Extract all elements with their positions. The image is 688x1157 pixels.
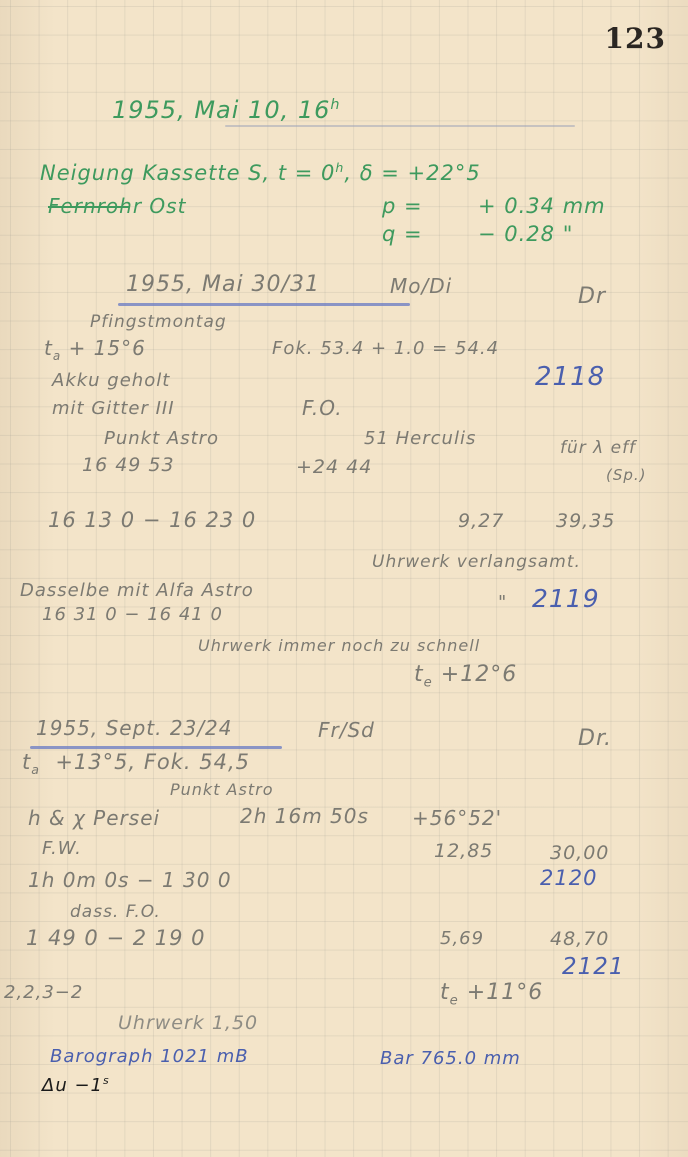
te-value: +12°6	[441, 662, 517, 687]
strike-line	[48, 206, 130, 208]
q-label: q =	[382, 222, 423, 246]
entry2-star: Punkt Astro	[104, 428, 219, 449]
entry1-date: 1955, Mai 10, 16h	[112, 96, 341, 124]
ta3-value: +13°5, Fok. 54,5	[55, 750, 250, 774]
entry1-line1: Neigung Kassette S, t = 0h, δ = +22°5	[40, 160, 481, 185]
faint-underline	[225, 125, 575, 127]
entry2-holiday: Pfingstmontag	[90, 312, 227, 332]
entry2-ta: ta + 15°6	[44, 336, 146, 363]
entry2-date: 1955, Mai 30/31	[126, 272, 320, 297]
ta3-label: t	[22, 750, 31, 774]
entry3-ra: 2h 16m 50s	[240, 804, 369, 828]
entry1-label: Neigung Kassette S,	[40, 161, 270, 185]
entry2-note-same: Dasselbe mit Alfa Astro	[20, 580, 254, 601]
ta-label: t	[44, 336, 53, 360]
ta-value: + 15°6	[69, 336, 146, 360]
entry3-exposure-2: 1 49 0 − 2 19 0	[26, 926, 206, 950]
entry2-exposure-2: 16 31 0 − 16 41 0	[42, 604, 223, 625]
entry3-delta-u: Δu −1s	[42, 1074, 110, 1096]
entry3-barograph: Barograph 1021 mB	[50, 1046, 249, 1067]
te-sub: e	[424, 675, 433, 690]
plate-number-2119: 2119	[532, 584, 600, 613]
entry3-fw-b: 30,00	[550, 842, 609, 864]
entry2-exp1-b: 39,35	[556, 510, 615, 532]
entry2-note-akku: Akku geholt	[52, 370, 170, 391]
te-label: t	[414, 662, 424, 687]
entry3-bar: Bar 765.0 mm	[380, 1048, 521, 1069]
te3-sub: e	[450, 993, 459, 1008]
delta-u-sup: s	[103, 1074, 110, 1087]
entry1-date-text: 1955, Mai 10, 16	[112, 96, 330, 124]
entry2-te: te +12°6	[414, 662, 517, 690]
entry3-ta: ta +13°5, Fok. 54,5	[22, 750, 250, 777]
entry2-note-gitter: mit Gitter III	[52, 398, 175, 419]
entry2-fo: F.O.	[302, 396, 343, 420]
entry1-date-sup: h	[330, 97, 340, 113]
ta3-sub: a	[31, 762, 40, 777]
entry2-exposure-1: 16 13 0 − 16 23 0	[48, 508, 256, 532]
entry2-sp: (Sp.)	[606, 466, 647, 484]
entry3-fw-a: 12,85	[434, 840, 493, 862]
te3-value: +11°6	[467, 980, 543, 1005]
p-value: + 0.34 mm	[478, 194, 606, 218]
p-label: p =	[382, 194, 423, 218]
entry2-note-slow: Uhrwerk verlangsamt.	[372, 552, 581, 572]
entry3-target: h & χ Persei	[28, 806, 160, 830]
date-underline	[118, 303, 410, 306]
notebook-page: 123 1955, Mai 10, 16h Neigung Kassette S…	[0, 0, 688, 1157]
entry2-exp1-a: 9,27	[458, 510, 504, 532]
page-number: 123	[605, 22, 666, 55]
entry1-delta: δ = +22°5	[360, 161, 481, 185]
entry3-dec: +56°52'	[412, 806, 502, 830]
entry1-t-sup: h	[335, 160, 344, 175]
entry3-dass: dass. F.O.	[70, 902, 161, 922]
entry1-t: t = 0	[278, 161, 336, 185]
entry3-clock: Uhrwerk 1,50	[118, 1012, 258, 1034]
entry3-weekday: Fr/Sd	[318, 718, 375, 742]
entry2-ra: 16 49 53	[82, 454, 175, 476]
entry3-observer: Dr.	[578, 726, 612, 751]
entry3-star: Punkt Astro	[170, 780, 273, 799]
q-value: − 0.28 "	[478, 222, 573, 246]
entry3-exp2-b: 48,70	[550, 928, 609, 950]
entry3-exposure-1: 1h 0m 0s − 1 30 0	[28, 868, 232, 892]
entry2-lambda: für λ eff	[560, 438, 636, 458]
entry3-exp2-a: 5,69	[440, 928, 484, 949]
entry2-observer: Dr	[578, 284, 606, 309]
entry2-ditto: "	[498, 592, 507, 613]
entry3-fw: F.W.	[42, 838, 82, 859]
te3-label: t	[440, 980, 450, 1005]
entry3-misc: 2,2,3−2	[4, 982, 83, 1003]
entry3-date: 1955, Sept. 23/24	[36, 716, 233, 740]
plate-number-2120: 2120	[540, 866, 597, 890]
date-underline-3	[30, 746, 282, 749]
plate-number-2121: 2121	[562, 954, 625, 980]
entry2-dec: +24 44	[296, 456, 372, 478]
delta-u-text: Δu −1	[42, 1075, 103, 1096]
plate-number-2118: 2118	[535, 362, 605, 392]
entry2-hercules: 51 Herculis	[364, 428, 476, 449]
entry3-te: te +11°6	[440, 980, 543, 1008]
entry2-weekday: Mo/Di	[390, 274, 452, 298]
entry2-note-fast: Uhrwerk immer noch zu schnell	[198, 636, 480, 655]
entry2-fok: Fok. 53.4 + 1.0 = 54.4	[272, 338, 499, 359]
ta-sub: a	[53, 349, 61, 363]
